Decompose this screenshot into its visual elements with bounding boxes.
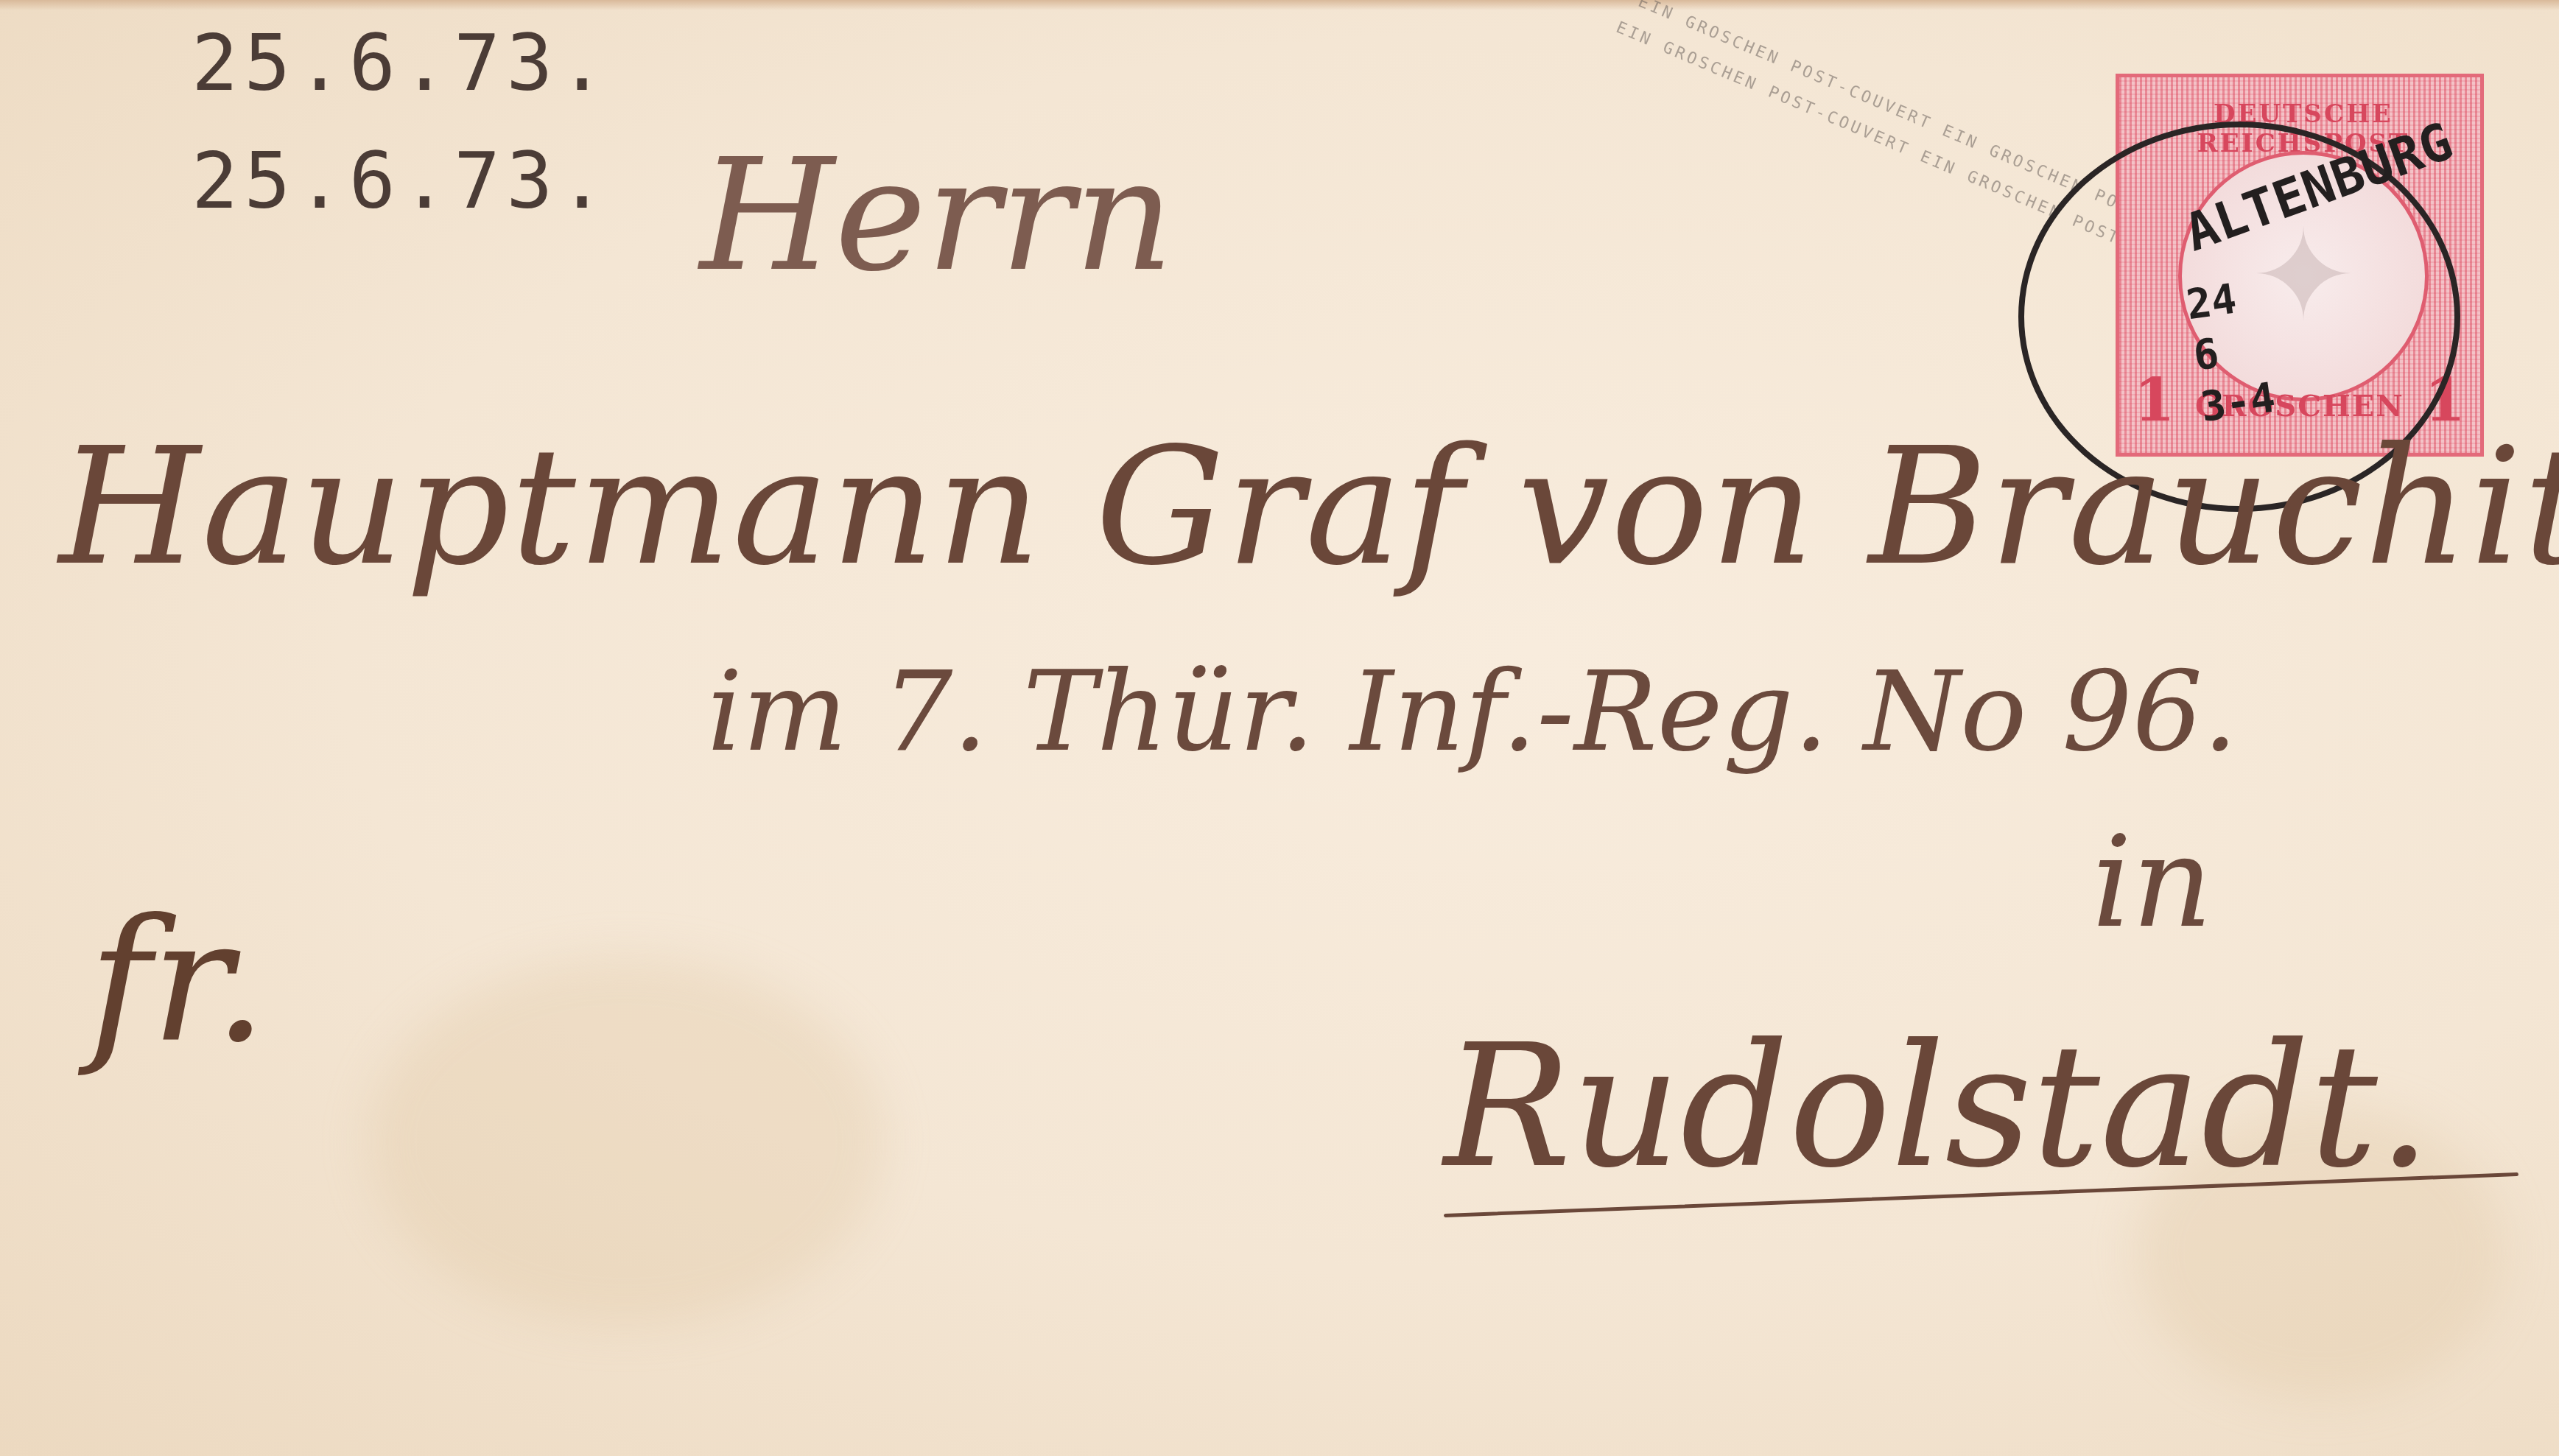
archival-date-note: 25.6.73.: [192, 136, 611, 226]
envelope-top-edge: [0, 0, 2559, 10]
address-unit-line: im 7. Thür. Inf.-Reg. No 96.: [707, 648, 2238, 776]
address-preposition: in: [2092, 810, 2213, 956]
postmark-town: ALTENBURG: [2135, 150, 2429, 444]
archival-date-note: 25.6.73.: [192, 18, 611, 108]
franking-note: fr.: [88, 884, 267, 1080]
address-name-line: Hauptmann Graf von Brauchitsch: [59, 412, 2559, 601]
paper-stain: [368, 957, 884, 1326]
address-salutation: Herrn: [700, 125, 1173, 306]
envelope: 25.6.73. 25.6.73. EIN GROSCHEN POST-COUV…: [0, 0, 2559, 1456]
address-city: Rudolstadt.: [1444, 1009, 2432, 1206]
